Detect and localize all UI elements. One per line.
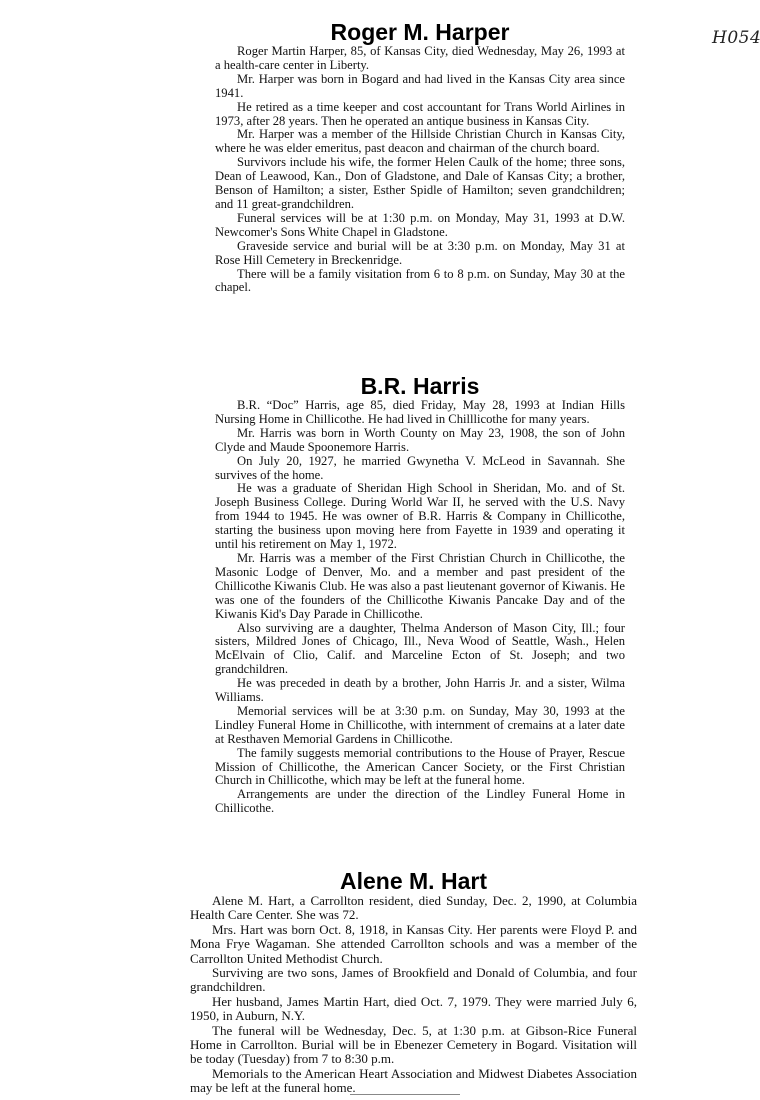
obituary-title: Alene M. Hart [190, 869, 637, 893]
obituary-paragraph: Mr. Harper was born in Bogard and had li… [215, 73, 625, 101]
obituary-paragraph: Mrs. Hart was born Oct. 8, 1918, in Kans… [190, 923, 637, 966]
obituary-paragraph: The family suggests memorial contributio… [215, 747, 625, 789]
obituary-title: Roger M. Harper [215, 20, 625, 44]
obituary-paragraph: Survivors include his wife, the former H… [215, 156, 625, 212]
obituary-paragraph: Alene M. Hart, a Carrollton resident, di… [190, 894, 637, 923]
obituary-paragraph: Also surviving are a daughter, Thelma An… [215, 622, 625, 678]
obituary-paragraph: Memorial services will be at 3:30 p.m. o… [215, 705, 625, 747]
obituary-paragraph: On July 20, 1927, he married Gwynetha V.… [215, 455, 625, 483]
obituary-paragraph: Arrangements are under the direction of … [215, 788, 625, 816]
obituary-paragraph: He was a graduate of Sheridan High Schoo… [215, 482, 625, 552]
handwritten-note: H054 [712, 28, 760, 48]
obituary-paragraph: Mr. Harper was a member of the Hillside … [215, 128, 625, 156]
obituary-paragraph: Her husband, James Martin Hart, died Oct… [190, 995, 637, 1024]
bottom-divider [350, 1094, 460, 1095]
obituary-paragraph: B.R. “Doc” Harris, age 85, died Friday, … [215, 399, 625, 427]
obituary-paragraph: Graveside service and burial will be at … [215, 240, 625, 268]
obituary-paragraph: He retired as a time keeper and cost acc… [215, 101, 625, 129]
obituary-paragraph: There will be a family visitation from 6… [215, 268, 625, 296]
obituary-paragraph: Memorials to the American Heart Associat… [190, 1067, 637, 1096]
obituary-paragraph: He was preceded in death by a brother, J… [215, 677, 625, 705]
obituary-paragraph: The funeral will be Wednesday, Dec. 5, a… [190, 1024, 637, 1067]
obituary-paragraph: Roger Martin Harper, 85, of Kansas City,… [215, 45, 625, 73]
obituary-paragraph: Surviving are two sons, James of Brookfi… [190, 966, 637, 995]
obituary-br-harris: B.R. Harris B.R. “Doc” Harris, age 85, d… [215, 374, 625, 816]
obituary-roger-harper: Roger M. Harper Roger Martin Harper, 85,… [215, 20, 625, 295]
obituary-paragraph: Funeral services will be at 1:30 p.m. on… [215, 212, 625, 240]
obituary-title: B.R. Harris [215, 374, 625, 398]
obituary-paragraph: Mr. Harris was a member of the First Chr… [215, 552, 625, 622]
obituary-paragraph: Mr. Harris was born in Worth County on M… [215, 427, 625, 455]
obituary-alene-hart: Alene M. Hart Alene M. Hart, a Carrollto… [190, 869, 637, 1096]
